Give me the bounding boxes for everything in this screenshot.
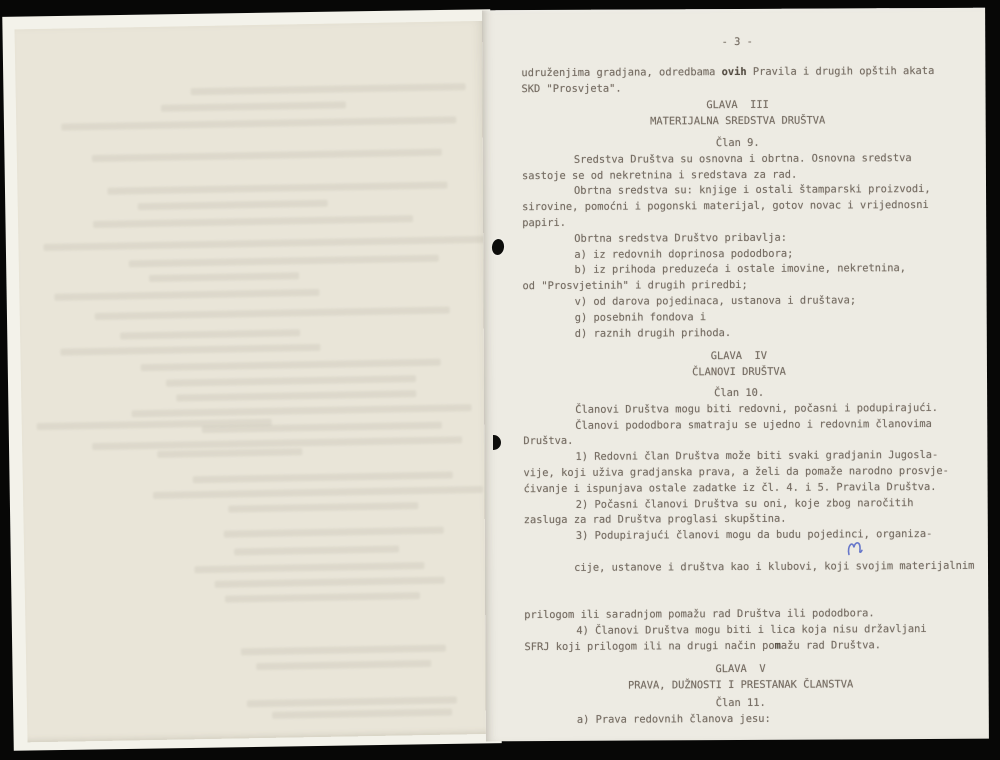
- bleedthrough-line: [54, 289, 319, 301]
- page-number: - 3 -: [521, 34, 953, 52]
- bleedthrough-line: [95, 307, 450, 321]
- bleedthrough-line: [191, 83, 466, 95]
- line-text: cije, ustanove i društva kao i klubovi, …: [574, 559, 974, 573]
- bleedthrough-line: [43, 236, 488, 251]
- bleedthrough-line: [157, 448, 302, 458]
- bleedthrough-line: [176, 390, 416, 401]
- typewritten-text-column: - 3 - udruženjima gradjana, odredbama ov…: [521, 34, 957, 729]
- line-text: SFRJ koji prilogom ili na drugi način po: [524, 639, 774, 652]
- left-page: [15, 21, 505, 743]
- bleedthrough-line: [166, 375, 416, 387]
- bleedthrough-line: [241, 645, 446, 656]
- doc-line: cije, ustanove i društva kao i klubovi, …: [524, 543, 956, 608]
- line-text: udruženjima gradjana, odredbama: [521, 66, 721, 79]
- bleedthrough-line: [225, 592, 420, 603]
- right-page: - 3 - udruženjima gradjana, odredbama ov…: [482, 8, 989, 742]
- scanned-document-spread: - 3 - udruženjima gradjana, odredbama ov…: [0, 0, 1000, 760]
- bleedthrough-line: [149, 272, 299, 282]
- bleedthrough-line: [224, 527, 444, 538]
- bleedthrough-line: [120, 329, 300, 339]
- bleedthrough-line: [92, 149, 442, 162]
- bleedthrough-line: [138, 200, 328, 210]
- bleedthrough-line: [153, 486, 483, 499]
- bleedthrough-line: [107, 182, 447, 195]
- line-text: ažu rad Društva.: [781, 639, 881, 652]
- bleedthrough-line: [215, 577, 445, 588]
- bleedthrough-line: [194, 562, 424, 573]
- bleedthrough-line: [247, 696, 457, 707]
- bleedthrough-line: [161, 101, 346, 111]
- bleedthrough-line: [132, 404, 472, 417]
- bleedthrough-line: [228, 502, 418, 512]
- heading-clanovi-drustva: ČLANOVI DRUŠTVA: [523, 364, 955, 382]
- list-item-d: d) raznih drugih prihoda.: [523, 324, 955, 342]
- bleedthrough-line: [60, 344, 320, 356]
- line-text: Pravila i drugih opštih akata: [747, 65, 935, 78]
- bleedthrough-line: [129, 255, 439, 268]
- heading-prava-duznosti: PRAVA, DUŽNOSTI I PRESTANAK ČLANSTVA: [525, 677, 957, 695]
- bleedthrough-line: [193, 471, 453, 483]
- overtyped-word: ovih: [722, 66, 747, 78]
- bleedthrough-line: [141, 359, 441, 371]
- doc-line: SFRJ koji prilogom ili na drugi način po…: [524, 638, 956, 656]
- doc-line: SKD "Prosvjeta".: [521, 79, 953, 97]
- bleedthrough-line: [61, 116, 456, 130]
- heading-materijalna-sredstva: MATERIJALNA SREDSTVA DRUŠTVA: [522, 113, 954, 131]
- bleedthrough-line: [256, 660, 431, 670]
- doc-line: a) Prava redovnih članova jesu:: [525, 711, 957, 729]
- bleedthrough-line: [234, 545, 399, 555]
- bleedthrough-line: [93, 215, 413, 228]
- bleedthrough-line: [272, 709, 452, 719]
